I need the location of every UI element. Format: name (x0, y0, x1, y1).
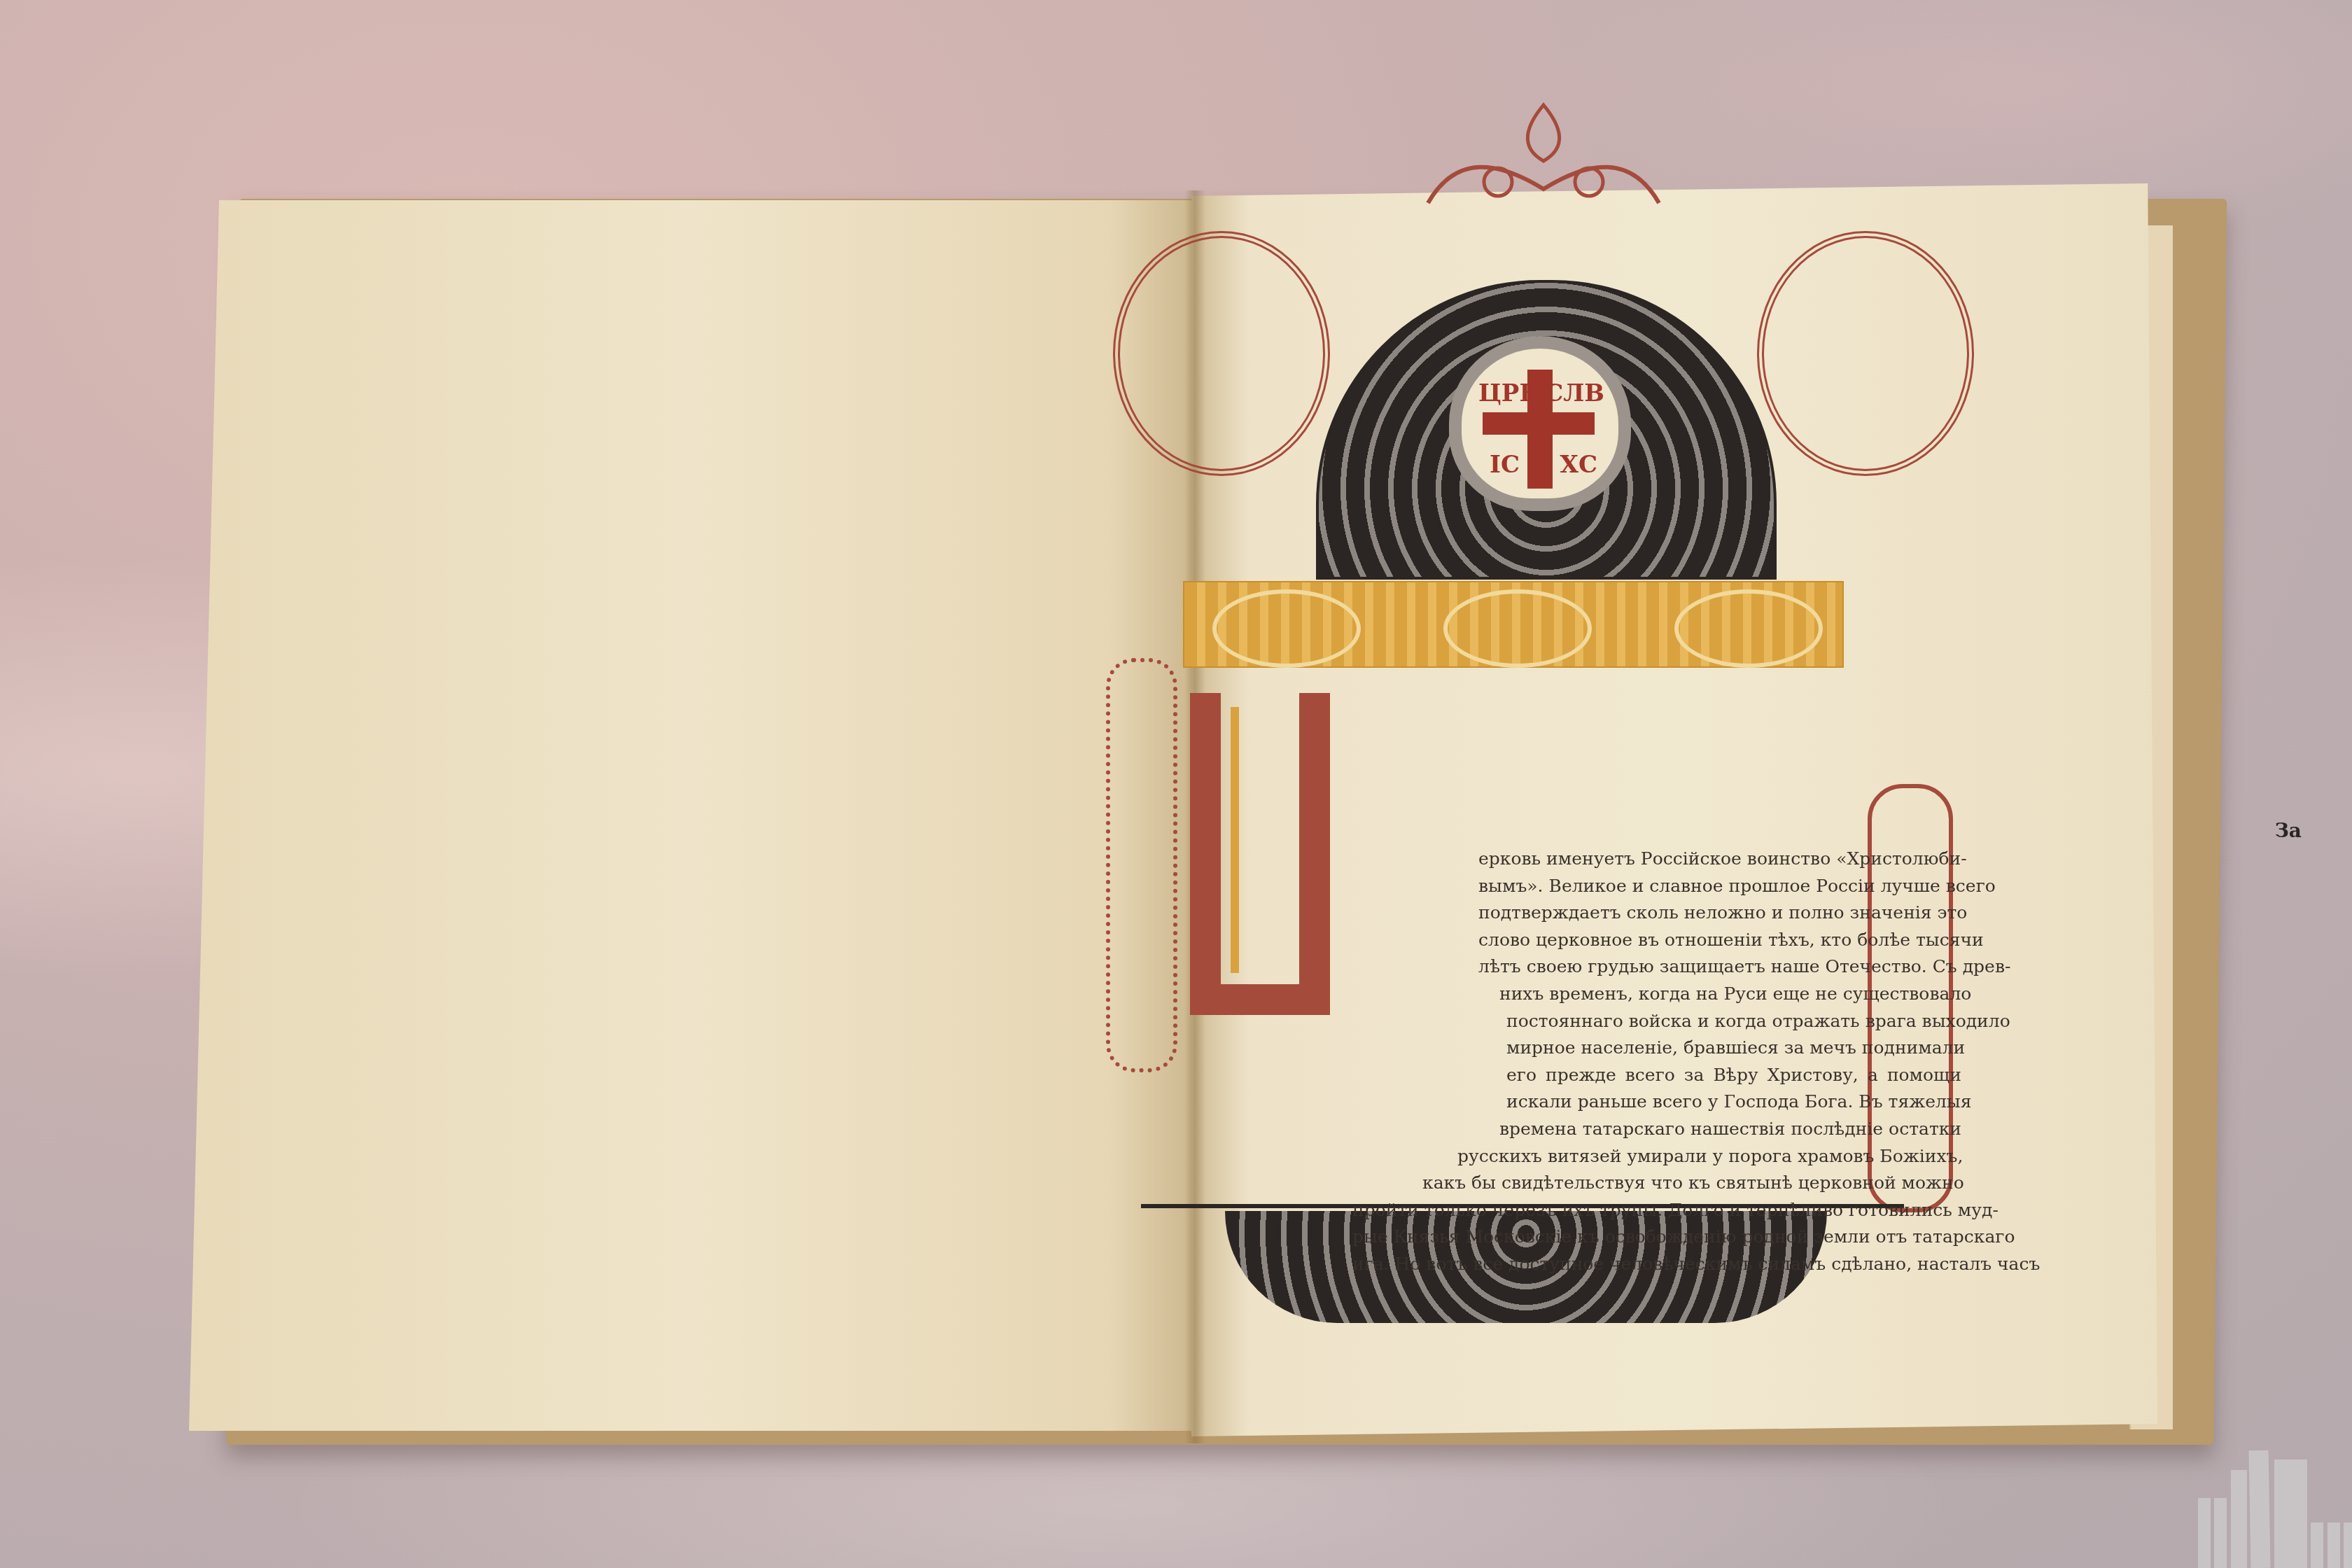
text-line: слово церковное въ отношеніи тѣхъ, кто б… (1478, 927, 1961, 954)
crest-floral-icon (1414, 98, 1673, 217)
medallion-text-top-left: ЦРЬ (1478, 379, 1539, 407)
text-line: нихъ временъ, когда на Руси еще не сущес… (1499, 981, 1961, 1008)
gold-ornamental-band (1183, 581, 1844, 668)
text-line: ига. Но вотъ все доступное человѣческимъ… (1352, 1251, 1961, 1278)
left-border-vine (1106, 658, 1177, 1072)
medallion-text-bottom-right: ХС (1560, 451, 1597, 479)
text-line: вымъ». Великое и славное прошлое Россіи … (1478, 873, 1961, 900)
text-line: времена татарскаго нашествія послѣдніе о… (1499, 1116, 1961, 1143)
initial-gold-stripe (1231, 707, 1239, 973)
text-line: постояннаго войска и когда отражать враг… (1506, 1008, 1961, 1035)
text-line: искали раньше всего у Господа Бога. Въ т… (1506, 1088, 1961, 1116)
text-line: какъ бы свидѣтельствуя что къ святынѣ це… (1422, 1170, 1961, 1197)
text-line: подтверждаетъ сколь неложно и полно знач… (1478, 899, 1961, 927)
band-medallion (1212, 589, 1361, 668)
books-shelf-logo-icon (2177, 1448, 2352, 1568)
right-scroll-ornament (1757, 231, 1974, 476)
medallion-text-bottom-left: IC (1490, 451, 1520, 479)
band-medallion (1674, 589, 1823, 668)
text-line: русскихъ витязей умирали у порога храмов… (1457, 1143, 1961, 1170)
body-text: ерковь именуетъ Россійское воинство «Хри… (1478, 846, 1961, 1278)
left-page-blank (189, 200, 1191, 1431)
text-line: ерковь именуетъ Россійское воинство «Хри… (1478, 846, 1961, 873)
text-line: рые Князья Московскіе къ освобожденію ро… (1352, 1224, 1961, 1251)
medallion-text-top-right: СЛВ (1544, 379, 1604, 407)
text-line: мирное населеніе, бравшіеся за мечъ подн… (1506, 1035, 1961, 1062)
illuminated-initial-letter (1190, 693, 1330, 1015)
left-scroll-ornament (1113, 231, 1330, 476)
band-medallion (1443, 589, 1592, 668)
text-line: его прежде всего за Вѣру Христову, а пом… (1506, 1062, 1961, 1089)
catchword: За (2275, 819, 2302, 842)
text-line: лѣтъ своею грудью защищаетъ наше Отечест… (1478, 953, 1961, 981)
cross-medallion: ЦРЬ СЛВ IC ХС (1449, 336, 1631, 511)
text-line: пройти только черезъ ихъ трупы. Долго и … (1352, 1197, 1961, 1224)
cross-bar (1483, 412, 1595, 435)
